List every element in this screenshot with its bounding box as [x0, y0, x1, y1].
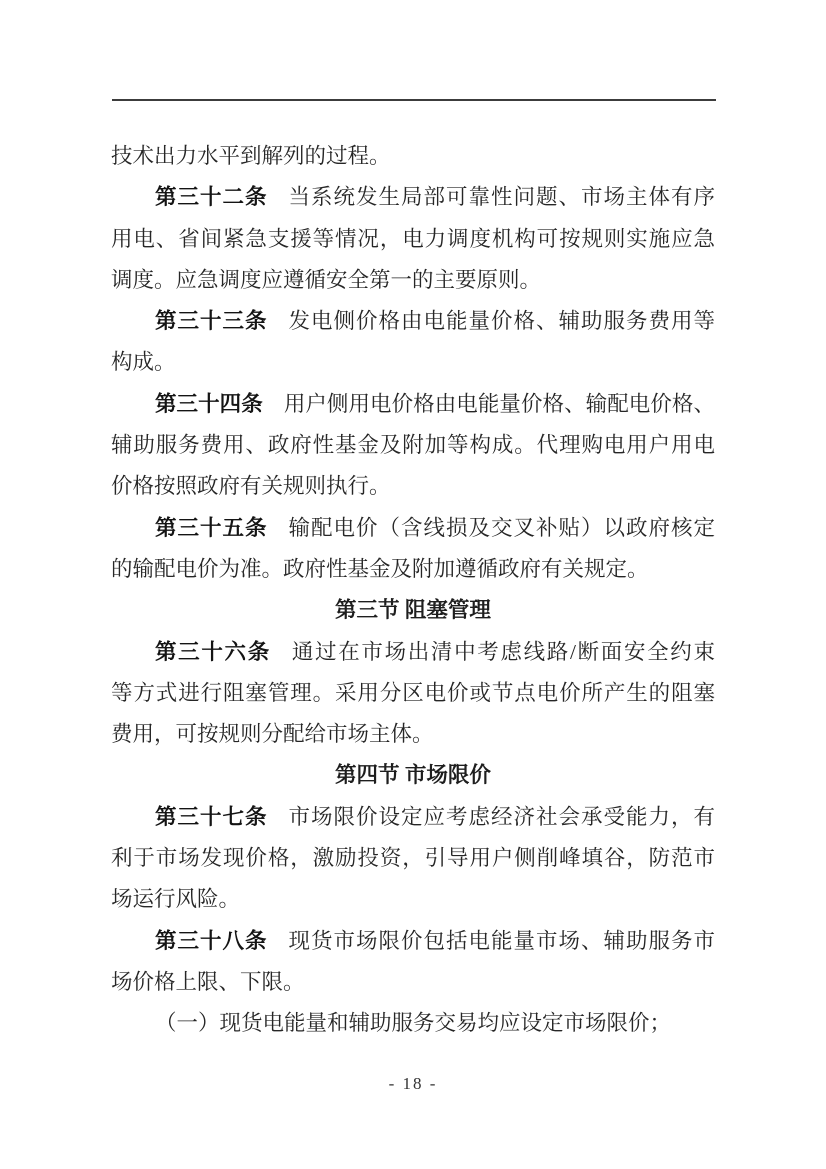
article-number: 第三十四条: [155, 392, 263, 416]
text-line: 等方式进行阻塞管理。采用分区电价或节点电价所产生的阻塞: [111, 673, 715, 714]
text-line: 调度。应急调度应遵循安全第一的主要原则。: [111, 260, 715, 301]
section-heading: 第四节 市场限价: [111, 755, 715, 796]
section-heading-text: 第三节 阻塞管理: [335, 598, 491, 622]
line-text: 场运行风险。: [111, 887, 240, 911]
text-block: 技术出力水平到解列的过程。 第三十二条当系统发生局部可靠性问题、市场主体有序 用…: [111, 136, 715, 1045]
line-text: 技术出力水平到解列的过程。: [111, 144, 391, 168]
page-number: - 18 -: [0, 1072, 826, 1096]
article-line: 第三十四条用户侧用电价格由电能量价格、输配电价格、: [111, 384, 715, 425]
line-text: 场价格上限、下限。: [111, 970, 305, 994]
section-heading: 第三节 阻塞管理: [111, 590, 715, 631]
line-text: 市场限价设定应考虑经济社会承受能力，有: [289, 805, 715, 829]
article-number: 第三十三条: [155, 309, 268, 333]
line-text: 现货市场限价包括电能量市场、辅助服务市: [289, 929, 715, 953]
line-text: 的输配电价为准。政府性基金及附加遵循政府有关规定。: [111, 557, 649, 581]
header-rule: [112, 99, 716, 101]
line-text: （一）现货电能量和辅助服务交易均应设定市场限价；: [155, 1011, 671, 1035]
text-line: 场价格上限、下限。: [111, 962, 715, 1003]
article-number: 第三十八条: [155, 929, 268, 953]
article-line: 第三十八条现货市场限价包括电能量市场、辅助服务市: [111, 921, 715, 962]
article-line: 第三十六条通过在市场出清中考虑线路/断面安全约束: [111, 632, 715, 673]
text-line: 技术出力水平到解列的过程。: [111, 136, 715, 177]
line-text: 辅助服务费用、政府性基金及附加等构成。代理购电用户用电: [111, 433, 715, 457]
text-line: 用电、省间紧急支援等情况，电力调度机构可按规则实施应急: [111, 219, 715, 260]
article-line: 第三十三条发电侧价格由电能量价格、辅助服务费用等: [111, 301, 715, 342]
article-line: 第三十二条当系统发生局部可靠性问题、市场主体有序: [111, 177, 715, 218]
line-text: 当系统发生局部可靠性问题、市场主体有序: [289, 185, 715, 209]
article-number: 第三十七条: [155, 805, 268, 829]
text-line: 价格按照政府有关规则执行。: [111, 466, 715, 507]
text-line: 构成。: [111, 342, 715, 383]
list-item-line: （一）现货电能量和辅助服务交易均应设定市场限价；: [111, 1003, 715, 1044]
text-line: 利于市场发现价格，激励投资，引导用户侧削峰填谷，防范市: [111, 838, 715, 879]
line-text: 调度。应急调度应遵循安全第一的主要原则。: [111, 268, 541, 292]
section-heading-text: 第四节 市场限价: [335, 763, 491, 787]
line-text: 价格按照政府有关规则执行。: [111, 474, 391, 498]
line-text: 输配电价（含线损及交叉补贴）以政府核定: [289, 516, 715, 540]
line-text: 等方式进行阻塞管理。采用分区电价或节点电价所产生的阻塞: [111, 681, 715, 705]
text-line: 场运行风险。: [111, 879, 715, 920]
article-number: 第三十六条: [155, 640, 271, 664]
line-text: 发电侧价格由电能量价格、辅助服务费用等: [289, 309, 715, 333]
article-line: 第三十五条输配电价（含线损及交叉补贴）以政府核定: [111, 508, 715, 549]
document-page: 技术出力水平到解列的过程。 第三十二条当系统发生局部可靠性问题、市场主体有序 用…: [0, 0, 826, 1169]
article-line: 第三十七条市场限价设定应考虑经济社会承受能力，有: [111, 797, 715, 838]
line-text: 用电、省间紧急支援等情况，电力调度机构可按规则实施应急: [111, 227, 715, 251]
text-line: 辅助服务费用、政府性基金及附加等构成。代理购电用户用电: [111, 425, 715, 466]
text-line: 的输配电价为准。政府性基金及附加遵循政府有关规定。: [111, 549, 715, 590]
line-text: 构成。: [111, 350, 176, 374]
line-text: 利于市场发现价格，激励投资，引导用户侧削峰填谷，防范市: [111, 846, 715, 870]
text-line: 费用，可按规则分配给市场主体。: [111, 714, 715, 755]
article-number: 第三十二条: [155, 185, 268, 209]
line-text: 用户侧用电价格由电能量价格、输配电价格、: [284, 392, 715, 416]
line-text: 通过在市场出清中考虑线路/断面安全约束: [292, 640, 715, 664]
line-text: 费用，可按规则分配给市场主体。: [111, 722, 434, 746]
article-number: 第三十五条: [155, 516, 268, 540]
